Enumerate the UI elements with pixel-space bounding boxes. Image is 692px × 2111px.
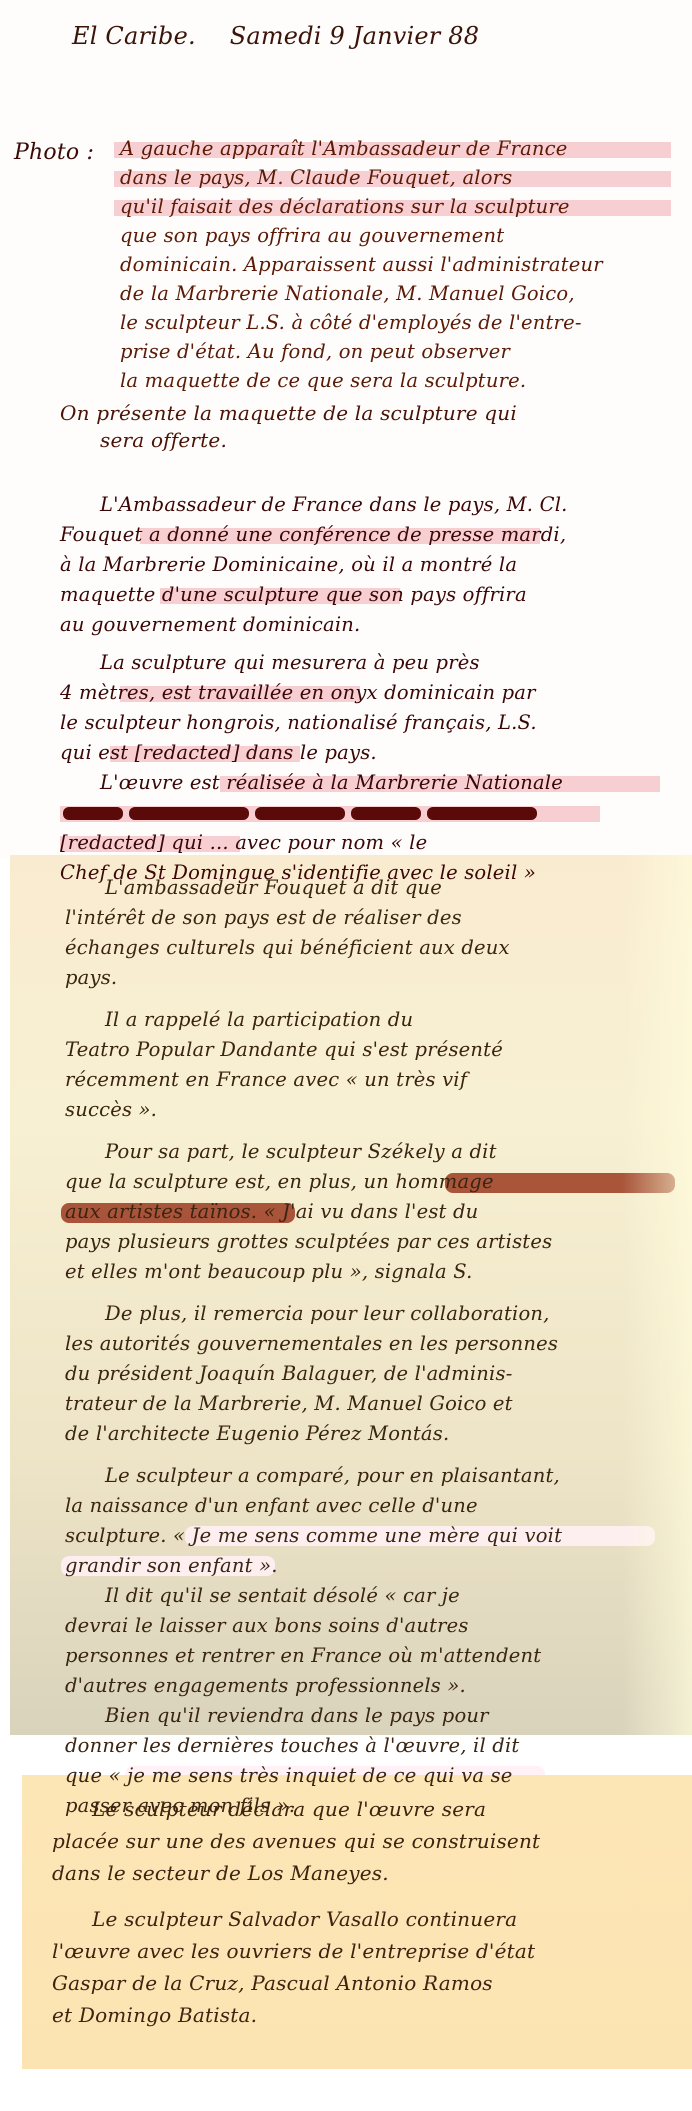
page3-text: Le sculpteur déclara que l'œuvre sera pl… — [52, 1793, 672, 2031]
paragraph-line: Fouquet a donné une conférence de presse… — [60, 520, 660, 550]
paragraph-line: pays. — [65, 963, 675, 993]
paragraph-line: l'œuvre avec les ouvriers de l'entrepris… — [52, 1935, 672, 1967]
caption-line: que son pays offrira au gouvernement — [120, 221, 665, 250]
paragraph-line: maquette d'une sculpture que son pays of… — [60, 580, 660, 610]
paragraph-line: récemment en France avec « un très vif — [65, 1065, 675, 1095]
paragraph-line: pays plusieurs grottes sculptées par ces… — [65, 1227, 675, 1257]
ambassador-paragraph: L'Ambassadeur de France dans le pays, M.… — [60, 490, 660, 888]
paragraph-line: sculpture. « Je me sens comme une mère q… — [65, 1521, 675, 1551]
paragraph-line: Gaspar de la Cruz, Pascual Antonio Ramos — [52, 1967, 672, 1999]
paragraph-line: 4 mètres, est travaillée en onyx dominic… — [60, 678, 660, 708]
header-date: Samedi 9 Janvier 88 — [230, 22, 480, 50]
caption-line: A gauche apparaît l'Ambassadeur de Franc… — [120, 134, 665, 163]
paragraph-line: La sculpture qui mesurera à peu près — [60, 648, 660, 678]
paragraph-line: personnes et rentrer en France où m'atte… — [65, 1641, 675, 1671]
caption-line: le sculpteur L.S. à côté d'employés de l… — [120, 308, 665, 337]
presentation-line: On présente la maquette de la sculpture … — [60, 400, 620, 427]
paragraph-line: du président Joaquín Balaguer, de l'admi… — [65, 1359, 675, 1389]
presentation-line: sera offerte. — [60, 427, 620, 454]
paragraph-line: qui est [redacted] dans le pays. — [60, 738, 660, 768]
paragraph-line: Teatro Popular Dandante qui s'est présen… — [65, 1035, 675, 1065]
paragraph-line: [redacted] qui ... avec pour nom « le — [60, 828, 660, 858]
paragraph-line: à la Marbrerie Dominicaine, où il a mont… — [60, 550, 660, 580]
paragraph-line: devrai le laisser aux bons soins d'autre… — [65, 1611, 675, 1641]
manuscript-page-2: L'ambassadeur Fouquet a dit que l'intérê… — [10, 855, 692, 1735]
page-header: El Caribe. Samedi 9 Janvier 88 — [72, 22, 505, 50]
paragraph-line: De plus, il remercia pour leur collabora… — [65, 1299, 675, 1329]
paragraph-line: donner les dernières touches à l'œuvre, … — [65, 1731, 675, 1761]
photo-caption: A gauche apparaît l'Ambassadeur de Franc… — [120, 134, 665, 395]
paragraph-line: le sculpteur hongrois, nationalisé franç… — [60, 708, 660, 738]
paragraph-line: dans le secteur de Los Maneyes. — [52, 1857, 672, 1889]
caption-line: la maquette de ce que sera la sculpture. — [120, 366, 665, 395]
caption-line: prise d'état. Au fond, on peut observer — [120, 337, 665, 366]
paragraph-line: trateur de la Marbrerie, M. Manuel Goico… — [65, 1389, 675, 1419]
paragraph-line: Bien qu'il reviendra dans le pays pour — [65, 1701, 675, 1731]
paragraph-line: d'autres engagements professionnels ». — [65, 1671, 675, 1701]
caption-line: dans le pays, M. Claude Fouquet, alors — [120, 163, 665, 192]
presentation-note: On présente la maquette de la sculpture … — [60, 400, 620, 454]
paragraph-line: les autorités gouvernementales en les pe… — [65, 1329, 675, 1359]
paragraph-line: de l'architecte Eugenio Pérez Montás. — [65, 1419, 675, 1449]
paragraph-line: placée sur une des avenues qui se constr… — [52, 1825, 672, 1857]
paragraph-line: et Domingo Batista. — [52, 1999, 672, 2031]
newspaper-name: El Caribe. — [72, 22, 196, 50]
paragraph-line: Pour sa part, le sculpteur Székely a dit — [65, 1137, 675, 1167]
paragraph-line: succès ». — [65, 1095, 675, 1125]
paragraph-line: aux artistes taïnos. « J'ai vu dans l'es… — [65, 1197, 675, 1227]
paragraph-line: Il a rappelé la participation du — [65, 1005, 675, 1035]
page2-text: L'ambassadeur Fouquet a dit que l'intérê… — [65, 873, 675, 1821]
paragraph-line: et elles m'ont beaucoup plu », signala S… — [65, 1257, 675, 1287]
redacted-line — [60, 798, 660, 828]
paragraph-line: Le sculpteur Salvador Vasallo continuera — [52, 1903, 672, 1935]
paragraph-line: L'œuvre est réalisée à la Marbrerie Nati… — [60, 768, 660, 798]
manuscript-page-3: Le sculpteur déclara que l'œuvre sera pl… — [22, 1775, 692, 2069]
paragraph-line: la naissance d'un enfant avec celle d'un… — [65, 1491, 675, 1521]
caption-line: qu'il faisait des déclarations sur la sc… — [120, 192, 665, 221]
paragraph-line: Il dit qu'il se sentait désolé « car je — [65, 1581, 675, 1611]
paragraph-line: l'intérêt de son pays est de réaliser de… — [65, 903, 675, 933]
paragraph-line: au gouvernement dominicain. — [60, 610, 660, 640]
paragraph-line: Le sculpteur a comparé, pour en plaisant… — [65, 1461, 675, 1491]
caption-line: dominicain. Apparaissent aussi l'adminis… — [120, 250, 665, 279]
photo-label: Photo : — [14, 140, 94, 165]
manuscript-page-1: El Caribe. Samedi 9 Janvier 88 Photo : A… — [0, 0, 692, 858]
paragraph-line: échanges culturels qui bénéficient aux d… — [65, 933, 675, 963]
caption-line: de la Marbrerie Nationale, M. Manuel Goi… — [120, 279, 665, 308]
paragraph-line: que la sculpture est, en plus, un hommag… — [65, 1167, 675, 1197]
paragraph-line: grandir son enfant ». — [65, 1551, 675, 1581]
paragraph-line: L'Ambassadeur de France dans le pays, M.… — [60, 490, 660, 520]
